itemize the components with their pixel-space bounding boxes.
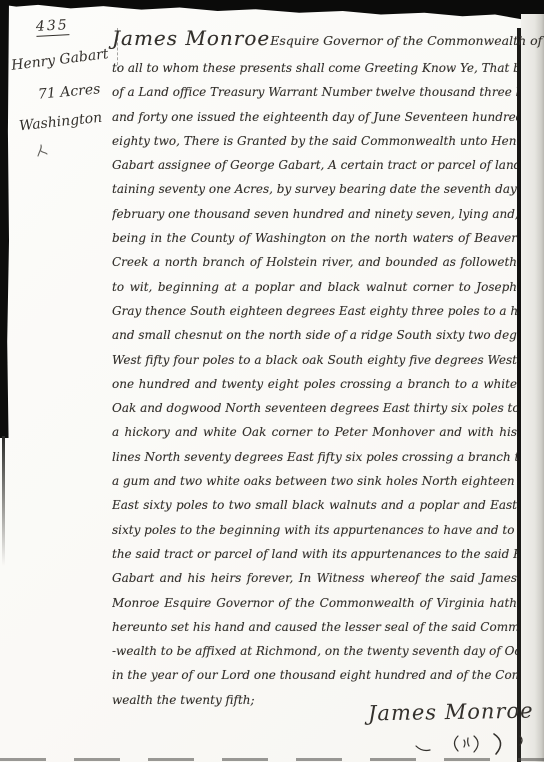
scan-edge-left-fade (2, 436, 5, 566)
document-line: and forty one issued the eighteenth day … (112, 105, 517, 129)
scan-edge-bottom (0, 758, 544, 761)
document-line: West fifty four poles to a black oak Sou… (112, 348, 517, 372)
document-line: eighty two, There is Granted by the said… (112, 129, 517, 153)
governor-title: Esquire Governor of the Commonwealth of … (270, 33, 544, 48)
document-line: Gray thence South eighteen degrees East … (112, 299, 517, 323)
document-line: february one thousand seven hundred and … (112, 202, 517, 226)
document-line: and small chesnut on the north side of a… (112, 323, 517, 347)
scan-edge-right-rule (517, 28, 521, 762)
document-line: Creek a north branch of Holstein river, … (112, 250, 517, 274)
document-line: to wit, beginning at a poplar and black … (112, 275, 517, 299)
body-lines: to all to whom these presents shall come… (112, 56, 517, 712)
margin-grantee-name: Henry Gabart (10, 46, 109, 74)
document-line: of a Land office Treasury Warrant Number… (112, 80, 517, 104)
document-line: Gabart assignee of George Gabart, A cert… (112, 153, 517, 177)
deed-body: James Monroe Esquire Governor of the Com… (112, 26, 517, 712)
document-line: Monroe Esquire Governor of the Commonwea… (112, 591, 517, 615)
document-line: taining seventy one Acres, by survey bea… (112, 177, 517, 201)
document-line: Gabart and his heirs forever, In Witness… (112, 566, 517, 590)
signature-flourish (412, 730, 532, 758)
page-number: 435 (36, 17, 70, 37)
deed-opening-line: James Monroe Esquire Governor of the Com… (112, 26, 517, 56)
margin-ink-mark (32, 142, 52, 160)
margin-county: Washington (18, 110, 102, 135)
document-line: sixty poles to the beginning with its ap… (112, 518, 517, 542)
document-line: being in the County of Washington on the… (112, 226, 517, 250)
document-line: Oak and dogwood North seventeen degrees … (112, 396, 517, 420)
document-line: hereunto set his hand and caused the les… (112, 615, 517, 639)
scan-edge-left (0, 0, 9, 438)
document-line: a hickory and white Oak corner to Peter … (112, 420, 517, 444)
facing-page-gutter (521, 14, 544, 762)
margin-acreage: 71 Acres (37, 81, 101, 102)
scanned-page: 435 Henry Gabart 71 Acres Washington Jam… (0, 0, 544, 762)
document-line: a gum and two white oaks between two sin… (112, 469, 517, 493)
document-line: the said tract or parcel of land with it… (112, 542, 517, 566)
document-line: lines North seventy degrees East fifty s… (112, 445, 517, 469)
document-line: one hundred and twenty eight poles cross… (112, 372, 517, 396)
governor-name: James Monroe (112, 26, 270, 50)
document-line: -wealth to be affixed at Richmond, on th… (112, 639, 517, 663)
signature-james-monroe: James Monroe (368, 699, 534, 726)
document-line: to all to whom these presents shall come… (112, 56, 517, 80)
document-line: in the year of our Lord one thousand eig… (112, 663, 517, 687)
document-line: East sixty poles to two small black waln… (112, 493, 517, 517)
scan-edge-top (0, 0, 544, 22)
